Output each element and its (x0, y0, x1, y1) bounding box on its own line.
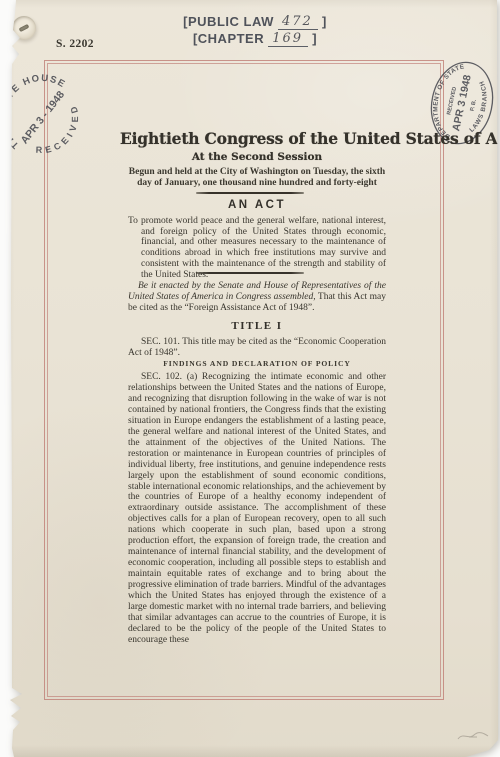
paper-sheet: [PUBLIC LAW 472 ] [CHAPTER 169 ] S. 2202 (0, 0, 500, 757)
document-page: [PUBLIC LAW 472 ] [CHAPTER 169 ] S. 2202 (0, 0, 500, 757)
enacting-clause: Be it enacted by the Senate and House of… (128, 281, 386, 315)
chapter-suffix: ] (312, 31, 317, 46)
chapter-number-handwritten: 169 (268, 31, 308, 47)
session-subtitle: At the Second Session (128, 151, 386, 163)
act-heading: AN ACT (128, 199, 386, 211)
state-dept-received-stamp: DEPARTMENT OF STATE LAWS BRANCH RECEIVED… (397, 38, 500, 168)
pencil-initials-mark (455, 728, 491, 744)
section-102-text: SEC. 102. (a) Recognizing the intimate e… (128, 372, 386, 646)
convened-line-2: day of January, one thousand nine hundre… (128, 178, 386, 189)
convened-line-1: Begun and held at the City of Washington… (128, 167, 386, 178)
public-law-suffix: ] (322, 14, 327, 29)
section-101-text: SEC. 101. This title may be cited as the… (128, 337, 386, 359)
title-i-heading: TITLE I (128, 320, 386, 332)
congress-title: Eightieth Congress of the United States … (120, 129, 394, 148)
white-house-stamp-bottom-text: RECEIVED (31, 98, 93, 167)
findings-heading: FINDINGS AND DECLARATION OF POLICY (128, 359, 386, 368)
act-purpose-paragraph: To promote world peace and the general w… (128, 216, 386, 280)
white-house-stamp-date: APR 3 - 1948 (18, 89, 67, 147)
public-law-line: [PUBLIC LAW 472 ] (0, 14, 500, 31)
public-law-number-handwritten: 472 (278, 14, 318, 30)
state-stamp-initials: P. B. (470, 99, 478, 112)
white-house-received-stamp: THE WHITE HOUSE RECEIVED APR 3 - 1948 (0, 59, 100, 175)
convened-text: Begun and held at the City of Washington… (128, 167, 386, 189)
chapter-prefix: [CHAPTER (193, 31, 264, 46)
bill-number: S. 2202 (56, 38, 94, 50)
svg-text:RECEIVED: RECEIVED (31, 98, 93, 167)
public-law-prefix: [PUBLIC LAW (183, 14, 274, 29)
